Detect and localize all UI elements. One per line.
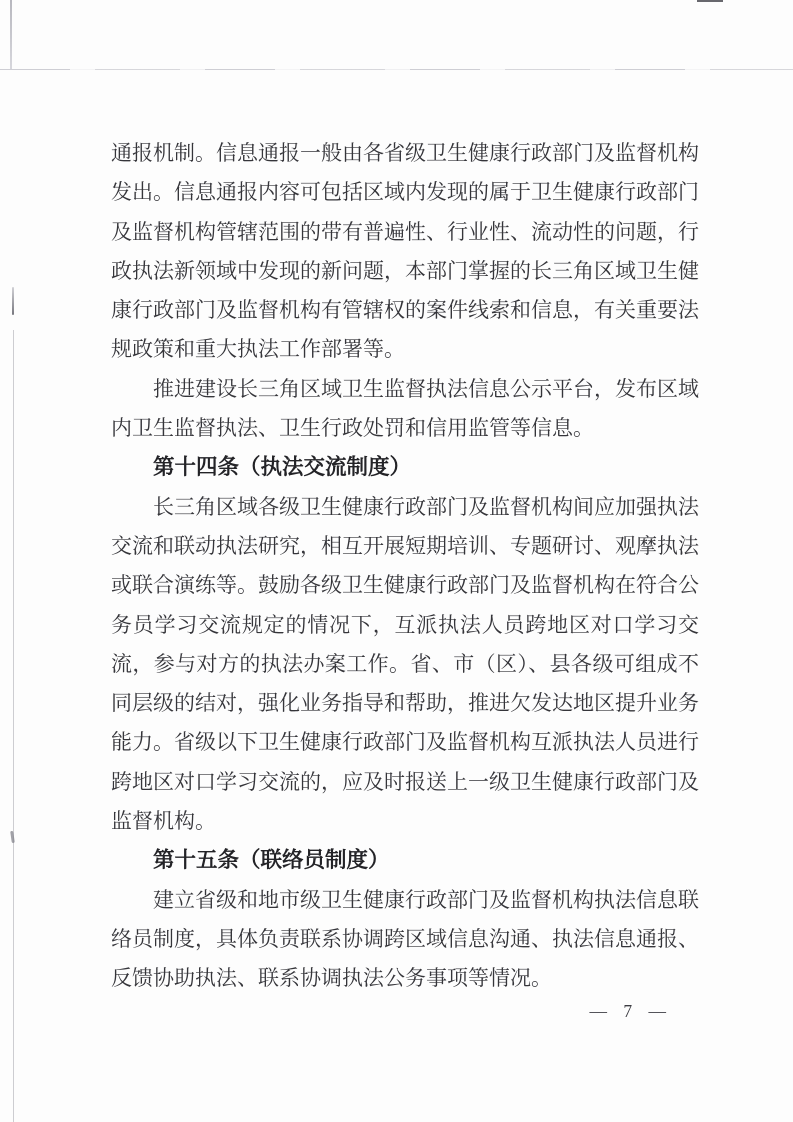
article-15-heading: 第十五条（联络员制度） (111, 841, 699, 880)
text-line: 通报机制。信息通报一般由各省级卫生健康行政部门及监督机构 (111, 134, 699, 173)
text-line: 及监督机构管辖范围的带有普遍性、行业性、流动性的问题，行 (111, 213, 699, 252)
text-line: 政执法新领域中发现的新问题，本部门掌握的长三角区域卫生健 (111, 252, 699, 291)
document-body: 通报机制。信息通报一般由各省级卫生健康行政部门及监督机构 发出。信息通报内容可包… (111, 134, 699, 999)
text-line: 交流和联动执法研究，相互开展短期培训、专题研讨、观摩执法 (111, 527, 699, 566)
scan-artifact-top-line (0, 69, 793, 70)
scan-artifact-top-left-line (10, 0, 12, 69)
text-line: 发出。信息通报内容可包括区域内发现的属于卫生健康行政部门 (111, 173, 699, 212)
text-line: 建立省级和地市级卫生健康行政部门及监督机构执法信息联 (111, 881, 699, 920)
text-line: 反馈协助执法、联系协调执法公务事项等情况。 (111, 959, 699, 998)
scan-artifact-corner-mark (697, 0, 723, 2)
text-line: 流，参与对方的执法办案工作。省、市（区）、县各级可组成不 (111, 645, 699, 684)
text-line: 跨地区对口学习交流的，应及时报送上一级卫生健康行政部门及 (111, 763, 699, 802)
text-line: 络员制度，具体负责联系协调跨区域信息沟通、执法信息通报、 (111, 920, 699, 959)
text-line: 内卫生监督执法、卫生行政处罚和信用监管等信息。 (111, 409, 699, 448)
text-line: 或联合演练等。鼓励各级卫生健康行政部门及监督机构在符合公 (111, 566, 699, 605)
article-14-heading: 第十四条（执法交流制度） (111, 448, 699, 487)
scan-artifact-smudge (10, 831, 15, 843)
text-line: 同层级的结对，强化业务指导和帮助，推进欠发达地区提升业务 (111, 684, 699, 723)
text-line: 推进建设长三角区域卫生监督执法信息公示平台，发布区域 (111, 370, 699, 409)
scan-artifact-smudge (12, 287, 14, 315)
scan-artifact-left-line (13, 330, 14, 1122)
text-line: 监督机构。 (111, 802, 699, 841)
page-number: — 7 — (590, 1001, 673, 1022)
text-line: 务员学习交流规定的情况下，互派执法人员跨地区对口学习交 (111, 606, 699, 645)
document-page: 通报机制。信息通报一般由各省级卫生健康行政部门及监督机构 发出。信息通报内容可包… (0, 0, 793, 1122)
text-line: 康行政部门及监督机构有管辖权的案件线索和信息，有关重要法 (111, 291, 699, 330)
text-line: 长三角区域各级卫生健康行政部门及监督机构间应加强执法 (111, 488, 699, 527)
text-line: 规政策和重大执法工作部署等。 (111, 330, 699, 369)
text-line: 能力。省级以下卫生健康行政部门及监督机构互派执法人员进行 (111, 723, 699, 762)
